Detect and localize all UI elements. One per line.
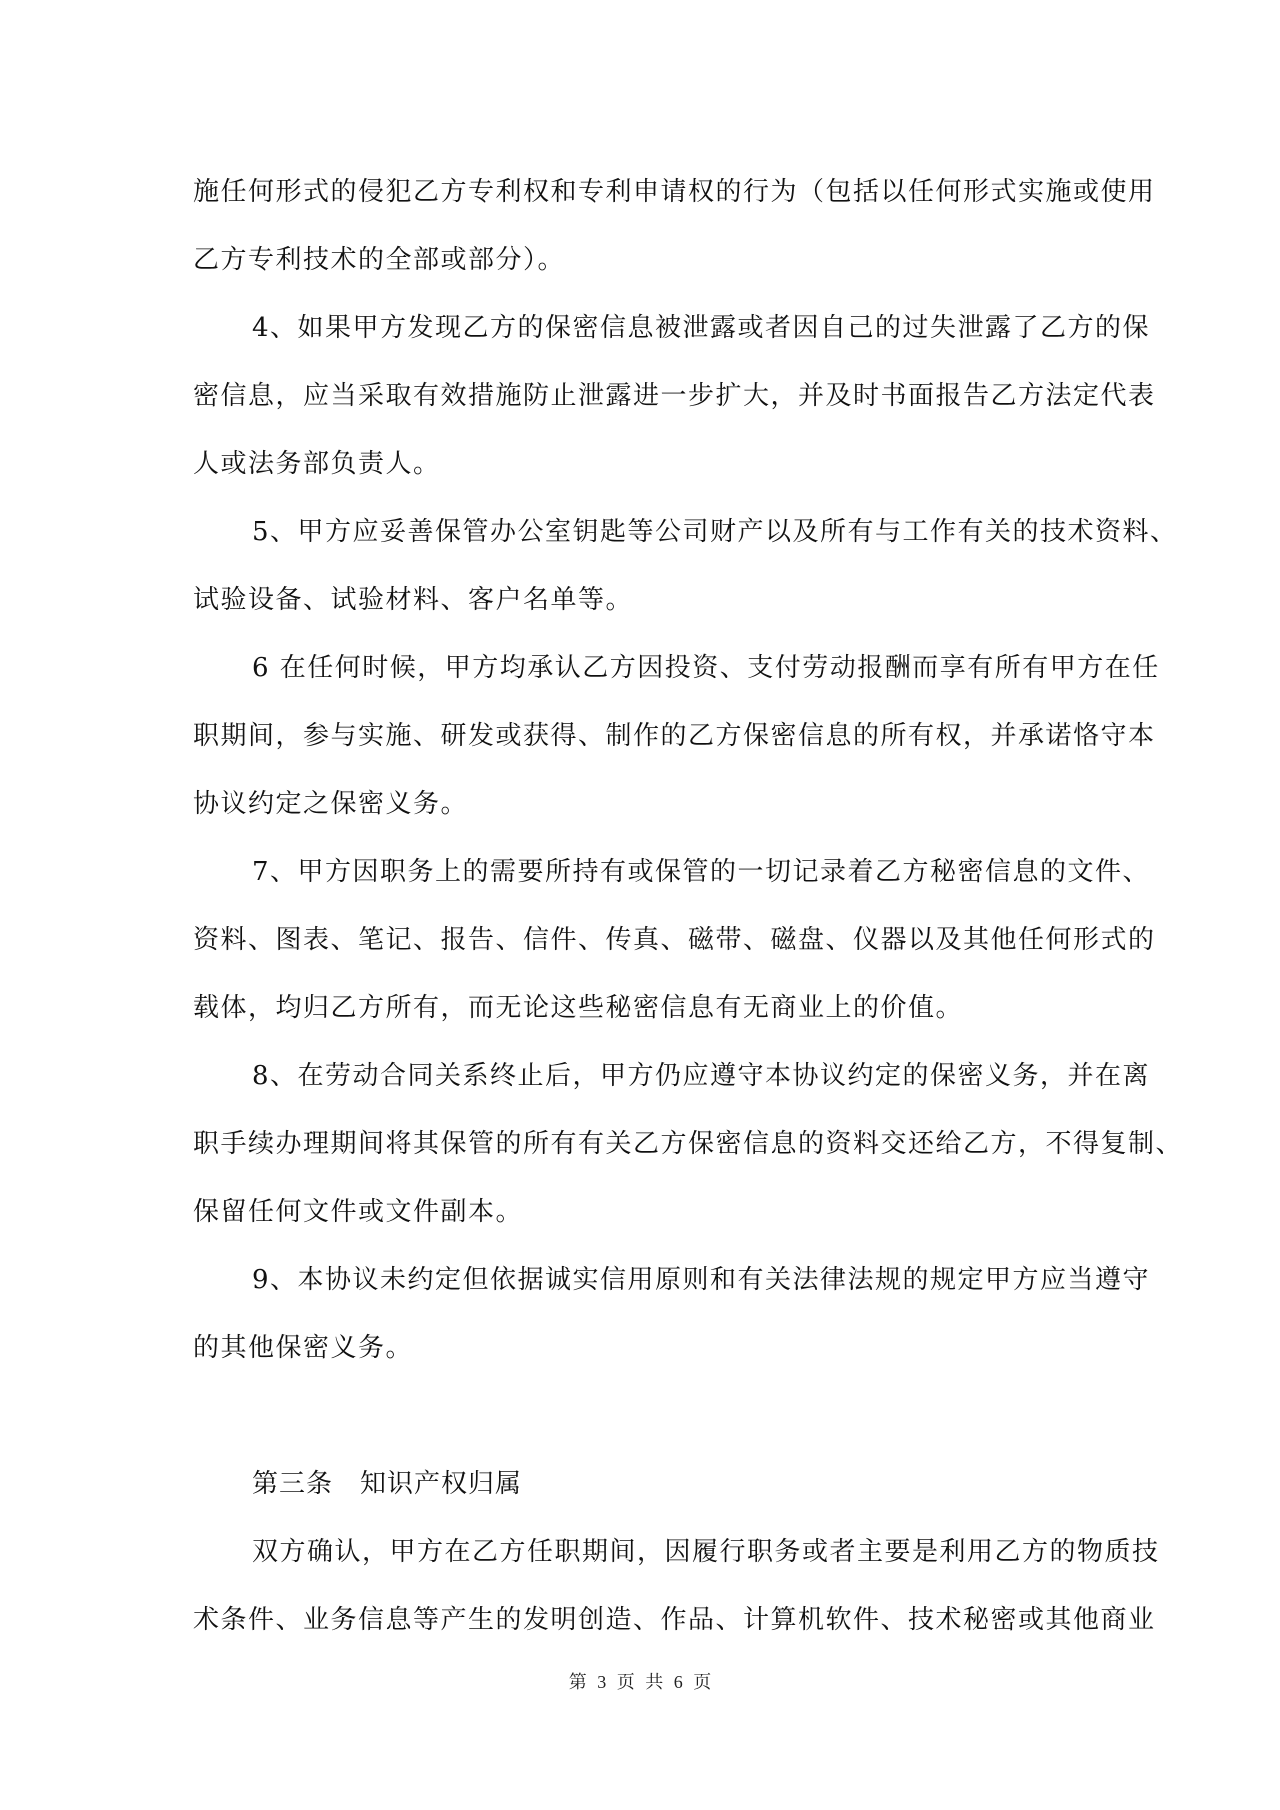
text-line: 乙方专利技术的全部或部分）。 (193, 226, 1085, 294)
text-line: 8、在劳动合同关系终止后，甲方仍应遵守本协议约定的保密义务，并在离 (193, 1042, 1085, 1110)
text-line: 协议约定之保密义务。 (193, 770, 1085, 838)
paragraph-item-6: 6 在任何时候，甲方均承认乙方因投资、支付劳动报酬而享有所有甲方在任 职期间，参… (193, 634, 1085, 838)
text-line: 保留任何文件或文件副本。 (193, 1178, 1085, 1246)
paragraph-item-8: 8、在劳动合同关系终止后，甲方仍应遵守本协议约定的保密义务，并在离 职手续办理期… (193, 1042, 1085, 1246)
text-line: 人或法务部负责人。 (193, 430, 1085, 498)
text-line: 资料、图表、笔记、报告、信件、传真、磁带、磁盘、仪器以及其他任何形式的 (193, 906, 1085, 974)
text-line: 6 在任何时候，甲方均承认乙方因投资、支付劳动报酬而享有所有甲方在任 (193, 634, 1085, 702)
text-line: 9、本协议未约定但依据诚实信用原则和有关法律法规的规定甲方应当遵守 (193, 1246, 1085, 1314)
text-line: 5、甲方应妥善保管办公室钥匙等公司财产以及所有与工作有关的技术资料、 (193, 498, 1085, 566)
text-line: 施任何形式的侵犯乙方专利权和专利申请权的行为（包括以任何形式实施或使用 (193, 158, 1085, 226)
text-line: 职手续办理期间将其保管的所有有关乙方保密信息的资料交还给乙方，不得复制、 (193, 1110, 1085, 1178)
paragraph-item-3-continuation: 施任何形式的侵犯乙方专利权和专利申请权的行为（包括以任何形式实施或使用 乙方专利… (193, 158, 1085, 294)
paragraph-section-3: 双方确认，甲方在乙方任职期间，因履行职务或者主要是利用乙方的物质技 术条件、业务… (193, 1518, 1085, 1654)
text-line: 7、甲方因职务上的需要所持有或保管的一切记录着乙方秘密信息的文件、 (193, 838, 1085, 906)
text-line: 的其他保密义务。 (193, 1314, 1085, 1382)
text-line: 试验设备、试验材料、客户名单等。 (193, 566, 1085, 634)
text-line: 4、如果甲方发现乙方的保密信息被泄露或者因自己的过失泄露了乙方的保 (193, 294, 1085, 362)
paragraph-item-5: 5、甲方应妥善保管办公室钥匙等公司财产以及所有与工作有关的技术资料、 试验设备、… (193, 498, 1085, 634)
paragraph-item-9: 9、本协议未约定但依据诚实信用原则和有关法律法规的规定甲方应当遵守 的其他保密义… (193, 1246, 1085, 1382)
text-line: 双方确认，甲方在乙方任职期间，因履行职务或者主要是利用乙方的物质技 (193, 1518, 1085, 1586)
section-heading: 第三条 知识产权归属 (193, 1450, 1085, 1518)
paragraph-item-4: 4、如果甲方发现乙方的保密信息被泄露或者因自己的过失泄露了乙方的保 密信息，应当… (193, 294, 1085, 498)
document-page: 施任何形式的侵犯乙方专利权和专利申请权的行为（包括以任何形式实施或使用 乙方专利… (193, 158, 1085, 1654)
text-line: 术条件、业务信息等产生的发明创造、作品、计算机软件、技术秘密或其他商业 (193, 1586, 1085, 1654)
paragraph-item-7: 7、甲方因职务上的需要所持有或保管的一切记录着乙方秘密信息的文件、 资料、图表、… (193, 838, 1085, 1042)
blank-line (193, 1382, 1085, 1450)
text-line: 密信息，应当采取有效措施防止泄露进一步扩大，并及时书面报告乙方法定代表 (193, 362, 1085, 430)
text-line: 载体，均归乙方所有，而无论这些秘密信息有无商业上的价值。 (193, 974, 1085, 1042)
text-line: 职期间，参与实施、研发或获得、制作的乙方保密信息的所有权，并承诺恪守本 (193, 702, 1085, 770)
page-number-footer: 第 3 页 共 6 页 (0, 1668, 1280, 1694)
